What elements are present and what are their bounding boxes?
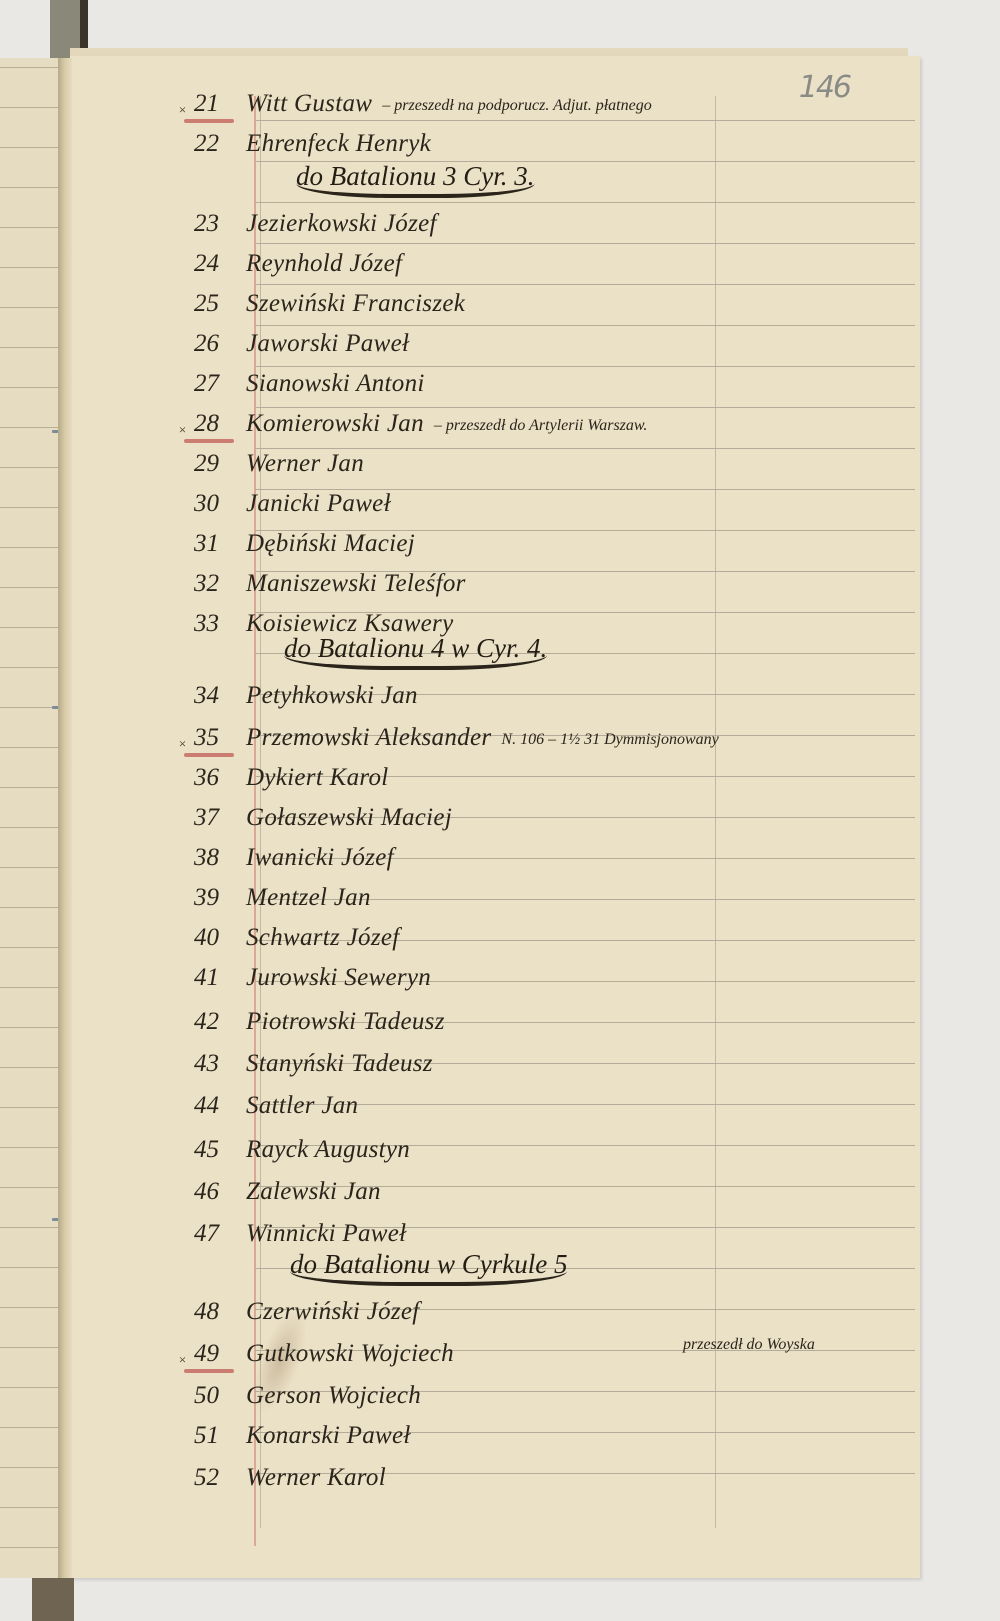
entry-row: ×21Witt Gustaw– przeszedł na podporucz. … <box>178 78 652 118</box>
entry-number: 46 <box>194 1178 238 1206</box>
entry-name: Czerwiński Józef <box>246 1298 420 1326</box>
left-page-edge <box>0 58 62 1578</box>
entry-row: 40Schwartz Józef <box>178 912 400 952</box>
binding-tab-bottom <box>32 1578 74 1621</box>
entry-name: Werner Jan <box>246 450 364 478</box>
entry-name: Stanyński Tadeusz <box>246 1050 433 1078</box>
entry-row: 30Janicki Paweł <box>178 478 391 518</box>
entry-row: 31Dębiński Maciej <box>178 518 415 558</box>
entry-number: 36 <box>194 764 238 792</box>
section-header: do Batalionu 3 Cyr. 3. <box>296 158 535 198</box>
entry-name: Petyhkowski Jan <box>246 682 418 710</box>
entry-row: 22Ehrenfeck Henryk <box>178 118 431 158</box>
entry-number: 49 <box>194 1340 238 1368</box>
entry-name: Witt Gustaw <box>246 90 372 118</box>
entry-row: 24Reynhold Józef <box>178 238 402 278</box>
entry-name: Sattler Jan <box>246 1092 358 1120</box>
cross-mark-icon: × <box>178 102 190 118</box>
entry-number: 35 <box>194 724 238 752</box>
entry-number: 44 <box>194 1092 238 1120</box>
entry-number: 25 <box>194 290 238 318</box>
entry-row: 48Czerwiński Józef <box>178 1286 420 1326</box>
entry-number: 24 <box>194 250 238 278</box>
entry-number: 47 <box>194 1220 238 1248</box>
entry-row: 47Winnicki Paweł <box>178 1208 406 1248</box>
entry-note: N. 106 – 1½ 31 Dymmisjonowany <box>501 731 718 752</box>
entry-number: 45 <box>194 1136 238 1164</box>
entry-number: 51 <box>194 1422 238 1450</box>
entry-name: Jezierkowski Józef <box>246 210 437 238</box>
entry-number: 34 <box>194 682 238 710</box>
entry-row: 29Werner Jan <box>178 438 364 478</box>
entry-row: 32Maniszewski Teleśfor <box>178 558 466 598</box>
entry-name: Jaworski Paweł <box>246 330 409 358</box>
entry-number: 39 <box>194 884 238 912</box>
entry-name: Iwanicki Józef <box>246 844 394 872</box>
entry-number: 30 <box>194 490 238 518</box>
entry-number: 29 <box>194 450 238 478</box>
entry-number: 43 <box>194 1050 238 1078</box>
entry-number: 48 <box>194 1298 238 1326</box>
entry-number: 41 <box>194 964 238 992</box>
entry-name: Winnicki Paweł <box>246 1220 406 1248</box>
entry-number: 38 <box>194 844 238 872</box>
entry-number: 32 <box>194 570 238 598</box>
entry-row: 46Zalewski Jan <box>178 1166 381 1206</box>
entry-row: 43Stanyński Tadeusz <box>178 1038 433 1078</box>
entry-name: Maniszewski Teleśfor <box>246 570 466 598</box>
entry-name: Schwartz Józef <box>246 924 400 952</box>
entry-number: 23 <box>194 210 238 238</box>
entry-number: 40 <box>194 924 238 952</box>
entry-name: Jurowski Seweryn <box>246 964 431 992</box>
entry-name: Konarski Paweł <box>246 1422 411 1450</box>
entry-number: 33 <box>194 610 238 638</box>
entry-number: 27 <box>194 370 238 398</box>
entry-row: 42Piotrowski Tadeusz <box>178 996 445 1036</box>
entry-name: Gutkowski Wojciech <box>246 1340 454 1368</box>
entry-row: 25Szewiński Franciszek <box>178 278 465 318</box>
entry-number: 31 <box>194 530 238 558</box>
entry-row: ×49Gutkowski Wojciech <box>178 1328 454 1368</box>
entry-name: Komierowski Jan <box>246 410 424 438</box>
entry-note: – przeszedł na podporucz. Adjut. płatneg… <box>382 97 651 118</box>
entry-row: 52Werner Karol <box>178 1452 386 1492</box>
remarks-column-rule <box>715 96 716 1528</box>
entry-number: 21 <box>194 90 238 118</box>
cross-mark-icon: × <box>178 422 190 438</box>
entry-row: 36Dykiert Karol <box>178 752 389 792</box>
entry-name: Reynhold Józef <box>246 250 402 278</box>
entry-row: 44Sattler Jan <box>178 1080 358 1120</box>
entry-row: ×28Komierowski Jan– przeszedł do Artyler… <box>178 398 647 438</box>
section-header: do Batalionu w Cyrkule 5 <box>290 1246 567 1286</box>
entry-row: ×35Przemowski AleksanderN. 106 – 1½ 31 D… <box>178 712 719 752</box>
entry-name: Werner Karol <box>246 1464 386 1492</box>
entry-number: 37 <box>194 804 238 832</box>
entry-name: Przemowski Aleksander <box>246 724 491 752</box>
section-header: do Batalionu 4 w Cyr. 4. <box>284 630 547 670</box>
entry-row: 45Rayck Augustyn <box>178 1124 410 1164</box>
entry-number: 28 <box>194 410 238 438</box>
entry-number: 50 <box>194 1382 238 1410</box>
entry-name: Ehrenfeck Henryk <box>246 130 431 158</box>
entry-number: 52 <box>194 1464 238 1492</box>
entry-row: 41Jurowski Seweryn <box>178 952 431 992</box>
entry-name: Piotrowski Tadeusz <box>246 1008 445 1036</box>
entry-number: 26 <box>194 330 238 358</box>
entry-row: 51Konarski Paweł <box>178 1410 411 1450</box>
cross-mark-icon: × <box>178 1352 190 1368</box>
entry-row: 26Jaworski Paweł <box>178 318 409 358</box>
entry-row: 39Mentzel Jan <box>178 872 371 912</box>
entry-row: 50Gerson Wojciech <box>178 1370 421 1410</box>
entry-note: – przeszedł do Artylerii Warszaw. <box>434 417 648 438</box>
entry-name: Dykiert Karol <box>246 764 389 792</box>
cross-mark-icon: × <box>178 736 190 752</box>
entry-name: Sianowski Antoni <box>246 370 425 398</box>
binding-gutter <box>58 58 72 1578</box>
entry-name: Mentzel Jan <box>246 884 371 912</box>
entry-row: 38Iwanicki Józef <box>178 832 394 872</box>
entry-number: 42 <box>194 1008 238 1036</box>
entry-name: Zalewski Jan <box>246 1178 381 1206</box>
entry-row: 37Gołaszewski Maciej <box>178 792 452 832</box>
entry-name: Dębiński Maciej <box>246 530 415 558</box>
entry-row: 34Petyhkowski Jan <box>178 670 418 710</box>
entry-name: Szewiński Franciszek <box>246 290 465 318</box>
entry-row: 23Jezierkowski Józef <box>178 198 437 238</box>
entry-number: 22 <box>194 130 238 158</box>
entry-name: Rayck Augustyn <box>246 1136 410 1164</box>
folio-number: 146 <box>799 70 850 105</box>
entry-row: 27Sianowski Antoni <box>178 358 425 398</box>
entry-name: Gerson Wojciech <box>246 1382 421 1410</box>
entry-name: Janicki Paweł <box>246 490 391 518</box>
entry-remark: przeszedł do Woyska <box>683 1336 815 1354</box>
entry-name: Gołaszewski Maciej <box>246 804 452 832</box>
